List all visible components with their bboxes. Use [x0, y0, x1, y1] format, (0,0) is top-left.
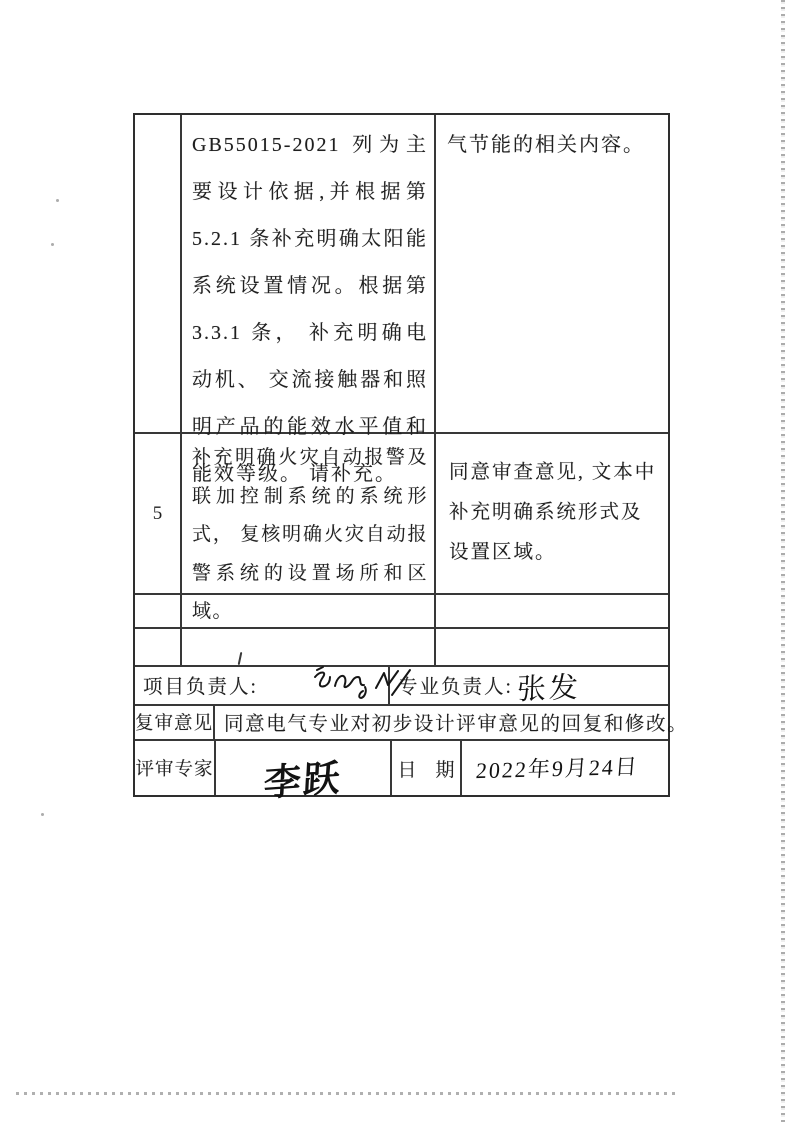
reply-text: 气节能的相关内容。 [436, 115, 668, 169]
review-comment-table: GB55015-2021 列为主要设计依据,并根据第 5.2.1 条补充明确太阳… [133, 113, 670, 797]
scan-speck [51, 243, 54, 246]
review-opinion-content-cell: 同意电气专业对初步设计评审意见的回复和修改。 [215, 706, 688, 739]
scanned-document-page: GB55015-2021 列为主要设计依据,并根据第 5.2.1 条补充明确太阳… [0, 0, 793, 1122]
review-opinion-label: 复审意见 [135, 709, 213, 735]
scan-speck [56, 199, 59, 202]
serial-cell-empty [135, 595, 182, 627]
project-leader-cell: 项目负责人: [135, 667, 390, 704]
issue-cell: 补充明确火灾自动报警及联加控制系统的系统形式， 复核明确火灾自动报警系统的设置场… [182, 434, 436, 593]
expert-label-cell: 评审专家 [135, 741, 216, 795]
serial-cell-empty [135, 115, 182, 432]
date-value-handwritten: 2022年9月24日 [475, 749, 640, 784]
specialty-leader-signature: 张发 [516, 664, 581, 707]
reply-cell: 同意审查意见, 文本中补充明确系统形式及设置区域。 [436, 434, 668, 593]
table-row-leaders: 项目负责人: 专业负责人: 张发 [135, 667, 668, 706]
scan-edge-artifact-right [781, 0, 785, 1122]
date-label-cell: 日 期 [392, 741, 462, 795]
issue-cell-empty [182, 629, 436, 665]
specialty-leader-label: 专业负责人: [398, 671, 513, 699]
issue-cell-empty [182, 595, 436, 627]
reply-text: 同意审查意见, 文本中补充明确系统形式及设置区域。 [436, 434, 668, 573]
table-row-continued: GB55015-2021 列为主要设计依据,并根据第 5.2.1 条补充明确太阳… [135, 115, 668, 434]
table-row-empty [135, 595, 668, 629]
scan-speck [41, 813, 44, 816]
review-opinion-label-cell: 复审意见 [135, 706, 215, 739]
scan-edge-artifact-bottom [16, 1092, 680, 1095]
serial-cell-empty [135, 629, 182, 665]
reply-cell-empty [436, 595, 668, 627]
table-row-empty [135, 629, 668, 667]
table-row-review-opinion: 复审意见 同意电气专业对初步设计评审意见的回复和修改。 [135, 706, 668, 741]
expert-signature: 李跃 [263, 747, 344, 807]
expert-signature-cell: 李跃 [216, 741, 392, 795]
project-leader-label: 项目负责人: [143, 671, 258, 699]
review-opinion-text: 同意电气专业对初步设计评审意见的回复和修改。 [224, 708, 688, 736]
date-value-cell: 2022年9月24日 [462, 741, 668, 795]
reply-cell: 气节能的相关内容。 [436, 115, 668, 432]
reply-cell-empty [436, 629, 668, 665]
serial-number: 5 [135, 434, 182, 593]
table-row-5: 5 补充明确火灾自动报警及联加控制系统的系统形式， 复核明确火灾自动报警系统的设… [135, 434, 668, 595]
table-row-expert: 评审专家 李跃 日 期 2022年9月24日 [135, 741, 668, 795]
date-label: 日 期 [397, 755, 454, 782]
issue-cell: GB55015-2021 列为主要设计依据,并根据第 5.2.1 条补充明确太阳… [182, 115, 436, 432]
expert-label: 评审专家 [135, 755, 213, 781]
specialty-leader-cell: 专业负责人: 张发 [390, 667, 668, 704]
